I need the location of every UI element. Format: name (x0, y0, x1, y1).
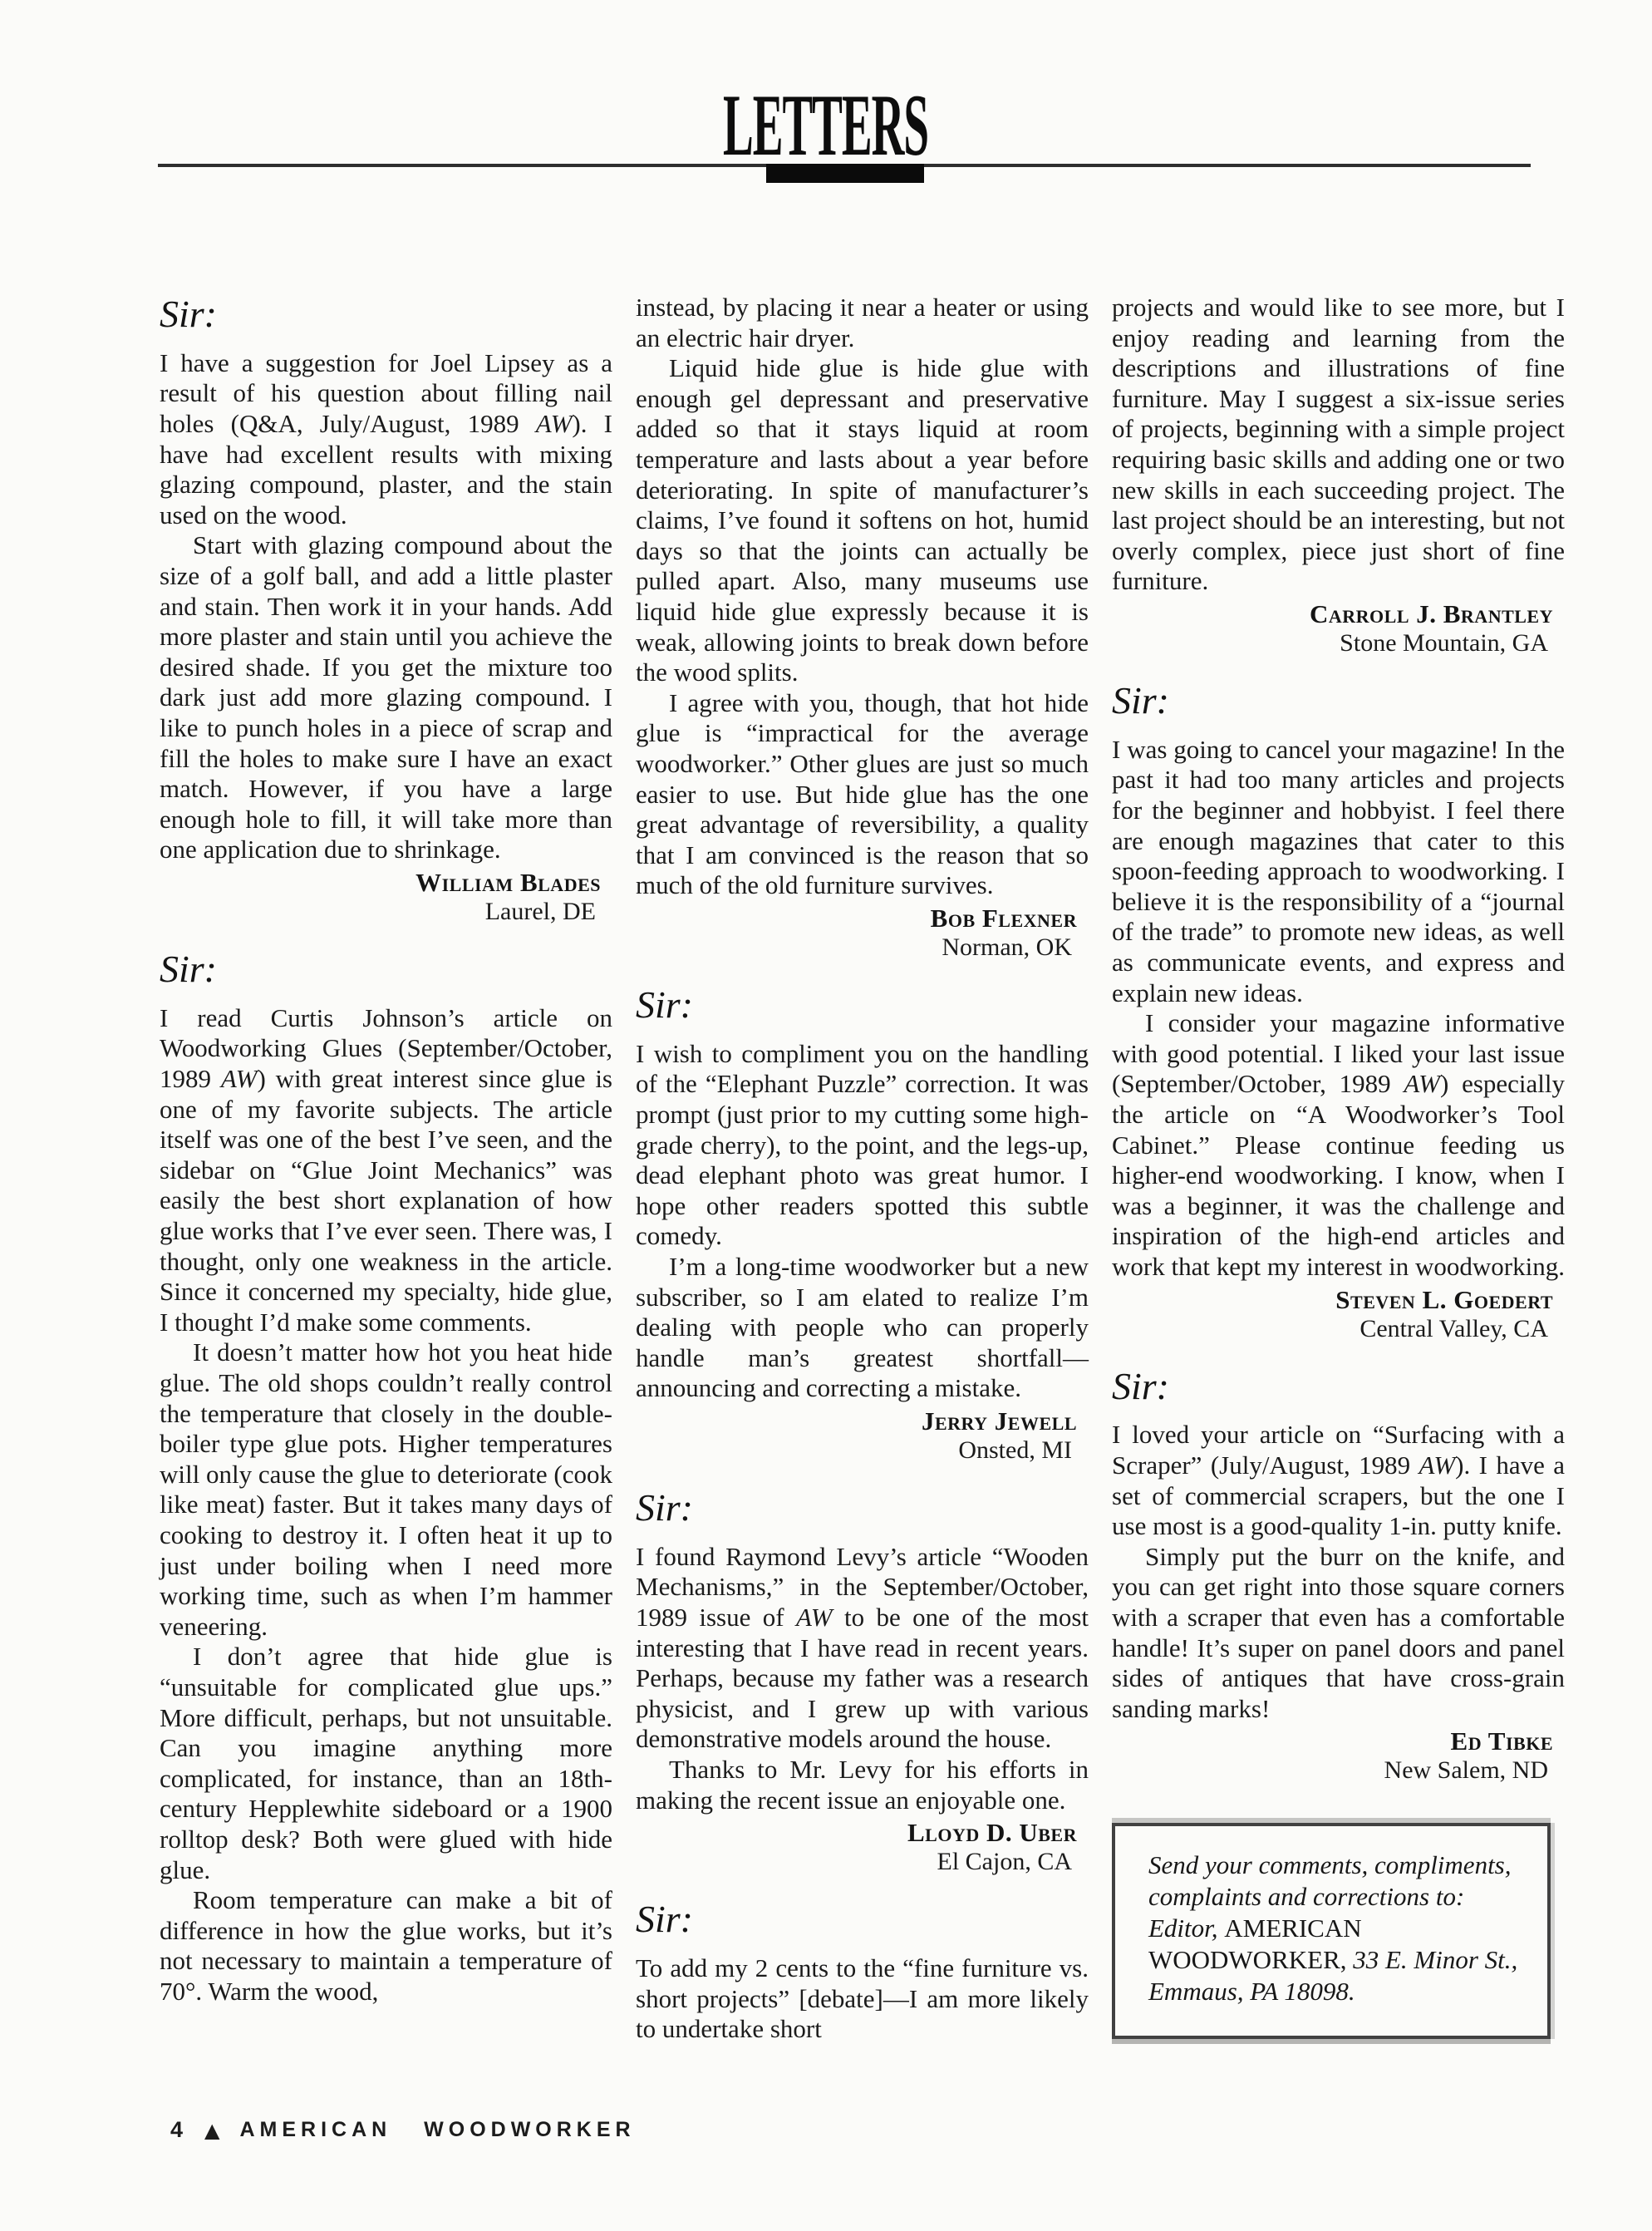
body-text: Thanks to Mr. Levy for his efforts in ma… (636, 1755, 1089, 1815)
letters-column-3: projects and would like to see more, but… (1112, 293, 1565, 2039)
letter-paragraph: Liquid hide glue is hide glue with enoug… (636, 353, 1089, 688)
signature-name: Ed Tibke (1112, 1726, 1553, 1756)
letter-paragraph: I was going to cancel your magazine! In … (1112, 735, 1565, 1008)
emphasized-text: AW (1404, 1069, 1440, 1098)
body-text: Start with glazing compound about the si… (160, 530, 612, 864)
signature-name: Steven L. Goedert (1112, 1285, 1553, 1314)
letter-paragraph: To add my 2 cents to the “fine furniture… (636, 1953, 1089, 2045)
footer-triangle-icon: ▲ (204, 2120, 219, 2140)
body-text: Room temperature can make a bit of diffe… (160, 1885, 612, 2006)
letter-paragraph: I read Curtis Johnson’s article on Woodw… (160, 1003, 612, 1338)
signature-location: Laurel, DE (160, 897, 601, 926)
letter-salutation: Sir: (160, 948, 612, 992)
body-text: instead, by placing it near a heater or … (636, 293, 1089, 352)
page-title: LETTERS (723, 81, 928, 170)
letter-salutation: Sir: (636, 1486, 1089, 1530)
body-text: I was going to cancel your magazine! In … (1112, 735, 1565, 1007)
letter-paragraph: I found Raymond Levy’s article “Wooden M… (636, 1542, 1089, 1755)
letter-salutation: Sir: (160, 293, 612, 337)
letter-paragraph: instead, by placing it near a heater or … (636, 293, 1089, 353)
letters-column-1: Sir:I have a suggestion for Joel Lipsey … (160, 293, 612, 2007)
body-text: It doesn’t matter how hot you heat hide … (160, 1337, 612, 1640)
magazine-name: AMERICAN WOODWORKER (240, 2118, 636, 2142)
letter-paragraph: I wish to compliment you on the handling… (636, 1039, 1089, 1252)
signature-name: Bob Flexner (636, 904, 1077, 933)
letter-paragraph: Room temperature can make a bit of diffe… (160, 1885, 612, 2007)
letter-signature: Bob FlexnerNorman, OK (636, 904, 1077, 962)
masthead: LETTERS (0, 81, 1652, 170)
body-text: I agree with you, though, that hot hide … (636, 688, 1089, 900)
signature-location: Central Valley, CA (1112, 1314, 1553, 1343)
signature-name: Lloyd D. Uber (636, 1818, 1077, 1847)
signature-location: Norman, OK (636, 933, 1077, 962)
letter-signature: Lloyd D. UberEl Cajon, CA (636, 1818, 1077, 1876)
body-text: ) with great interest since glue is one … (160, 1064, 612, 1337)
letter-salutation: Sir: (1112, 1365, 1565, 1409)
body-text: Liquid hide glue is hide glue with enoug… (636, 353, 1089, 687)
signature-name: Jerry Jewell (636, 1406, 1077, 1436)
body-text: I wish to compliment you on the handling… (636, 1039, 1089, 1251)
signature-name: Carroll J. Brantley (1112, 599, 1553, 628)
letters-columns: Sir:I have a suggestion for Joel Lipsey … (160, 293, 1566, 2045)
signature-name: William Blades (160, 868, 601, 897)
magazine-letters-page: LETTERS Sir:I have a suggestion for Joel… (0, 0, 1652, 2231)
signature-location: New Salem, ND (1112, 1756, 1553, 1785)
letter-paragraph: Simply put the burr on the knife, and yo… (1112, 1542, 1565, 1725)
letter-paragraph: It doesn’t matter how hot you heat hide … (160, 1337, 612, 1642)
letter-paragraph: Start with glazing compound about the si… (160, 530, 612, 865)
letter-salutation: Sir: (636, 1898, 1089, 1942)
letter-paragraph: I’m a long-time woodworker but a new sub… (636, 1252, 1089, 1404)
body-text: I’m a long-time woodworker but a new sub… (636, 1252, 1089, 1402)
signature-location: Stone Mountain, GA (1112, 628, 1553, 657)
emphasized-text: AW (536, 409, 573, 438)
emphasized-text: AW (1419, 1450, 1456, 1480)
page-footer: 4 ▲ AMERICAN WOODWORKER (170, 2117, 636, 2143)
letter-signature: Steven L. GoedertCentral Valley, CA (1112, 1285, 1553, 1343)
letter-signature: Ed TibkeNew Salem, ND (1112, 1726, 1553, 1785)
body-text: ) especially the article on “A Woodworke… (1112, 1069, 1565, 1281)
letter-salutation: Sir: (636, 983, 1089, 1027)
letter-paragraph: I agree with you, though, that hot hide … (636, 688, 1089, 901)
letters-column-2: instead, by placing it near a heater or … (636, 293, 1089, 2045)
body-text: To add my 2 cents to the “fine furniture… (636, 1953, 1089, 2043)
letter-paragraph: I have a suggestion for Joel Lipsey as a… (160, 348, 612, 531)
letter-paragraph: I loved your article on “Surfacing with … (1112, 1420, 1565, 1541)
letter-paragraph: Thanks to Mr. Levy for his efforts in ma… (636, 1755, 1089, 1815)
emphasized-text: AW (221, 1064, 258, 1093)
body-text: projects and would like to see more, but… (1112, 293, 1565, 595)
letter-paragraph: I don’t agree that hide glue is “unsuita… (160, 1642, 612, 1885)
letter-paragraph: I consider your magazine informative wit… (1112, 1008, 1565, 1282)
editor-note-box: Send your comments, compliments, complai… (1112, 1823, 1551, 2039)
letter-signature: Jerry JewellOnsted, MI (636, 1406, 1077, 1465)
letter-paragraph: projects and would like to see more, but… (1112, 293, 1565, 597)
letter-signature: Carroll J. BrantleyStone Mountain, GA (1112, 599, 1553, 657)
title-underline-bar (766, 164, 924, 183)
signature-location: El Cajon, CA (636, 1847, 1077, 1876)
emphasized-text: AW (796, 1603, 833, 1632)
body-text: Simply put the burr on the knife, and yo… (1112, 1542, 1565, 1723)
letter-signature: William BladesLaurel, DE (160, 868, 601, 926)
page-number: 4 (170, 2117, 184, 2143)
signature-location: Onsted, MI (636, 1436, 1077, 1465)
body-text: I don’t agree that hide glue is “unsuita… (160, 1642, 612, 1884)
letter-salutation: Sir: (1112, 679, 1565, 723)
